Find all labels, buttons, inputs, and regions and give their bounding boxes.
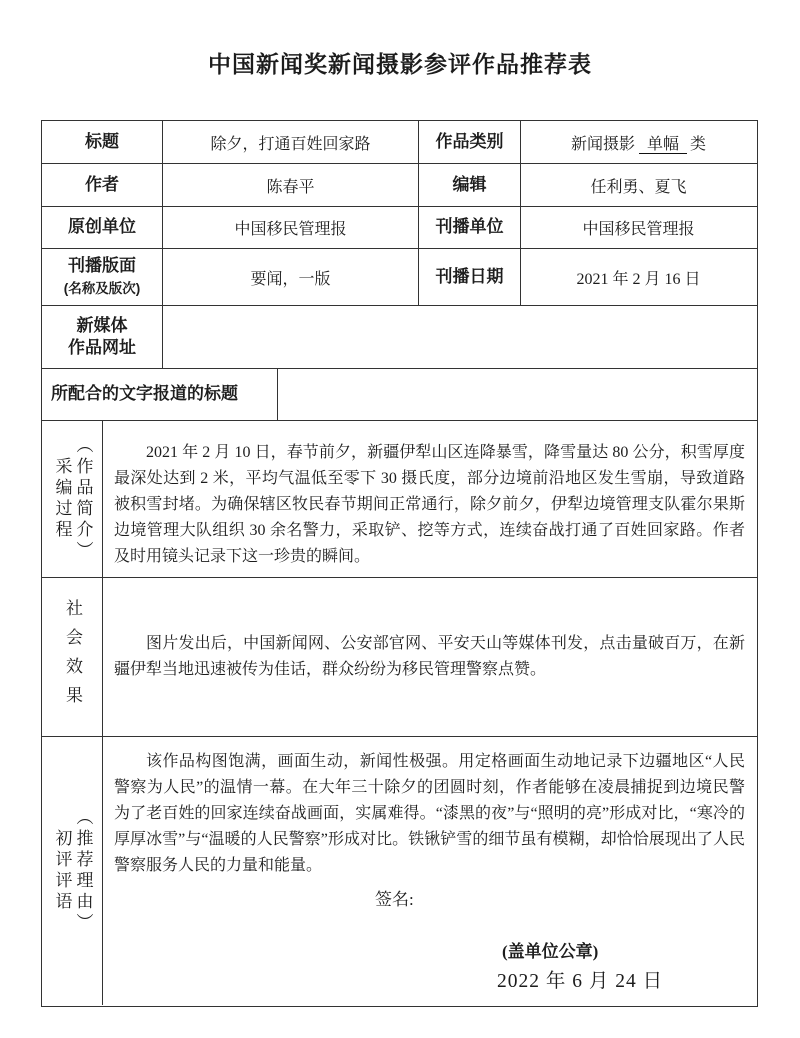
editor-label: 编辑	[453, 174, 487, 196]
publish-page-value: 要闻，一版	[250, 266, 330, 289]
recommendation-form-table: 标题 除夕，打通百姓回家路 作品类别 新闻摄影单幅类 作者 陈春平 编辑 任利勇…	[41, 120, 758, 1007]
original-unit-value: 中国移民管理报	[234, 216, 346, 239]
related-text-title-label: 所配合的文字报道的标题	[51, 383, 238, 405]
row-original-publish-unit: 原创单位 中国移民管理报 刊播单位 中国移民管理报	[42, 207, 757, 249]
new-media-url-label: 新媒体作品网址	[68, 315, 136, 359]
row-page-date: 刊播版面(名称及版次) 要闻，一版 刊播日期 2021 年 2 月 16 日	[42, 249, 757, 306]
category-value: 新闻摄影单幅类	[571, 131, 706, 154]
row-social-effect: 社会效果 图片发出后，中国新闻网、公安部官网、平安天山等媒体刊发，点击量破百万，…	[42, 578, 757, 737]
publish-page-label: 刊播版面(名称及版次)	[64, 255, 141, 299]
page-title: 中国新闻奖新闻摄影参评作品推荐表	[0, 46, 800, 79]
author-value: 陈春平	[266, 174, 314, 197]
category-label: 作品类别	[436, 131, 504, 153]
row-title-category: 标题 除夕，打通百姓回家路 作品类别 新闻摄影单幅类	[42, 121, 757, 164]
production-process-text: 2021 年 2 月 10 日，春节前夕，新疆伊犁山区连降暴雪，降雪量达 80 …	[103, 428, 756, 570]
publish-date-value: 2021 年 2 月 16 日	[576, 266, 700, 289]
editor-value: 任利勇、夏飞	[590, 174, 686, 197]
original-unit-label: 原创单位	[68, 216, 136, 238]
initial-review-label: 初评评语 （推荐理由）	[52, 808, 93, 934]
work-title-label: 标题	[85, 131, 119, 153]
row-author-editor: 作者 陈春平 编辑 任利勇、夏飞	[42, 164, 757, 207]
row-initial-review: 初评评语 （推荐理由） 该作品构图饱满，画面生动，新闻性极强。用定格画面生动地记…	[42, 737, 757, 1005]
social-effect-label: 社会效果	[62, 599, 82, 715]
row-production-process: 采编过程 （作品简介） 2021 年 2 月 10 日，春节前夕，新疆伊犁山区连…	[42, 421, 757, 578]
official-seal-note: (盖单位公章)	[502, 937, 598, 962]
row-new-media-url: 新媒体作品网址	[42, 306, 757, 369]
work-title-value: 除夕，打通百姓回家路	[210, 131, 370, 154]
publish-date-label: 刊播日期	[436, 266, 504, 288]
signature-date: 2022 年 6 月 24 日	[497, 965, 663, 993]
category-underlined-value: 单幅	[639, 136, 687, 154]
signature-label: 签名:	[375, 885, 414, 910]
initial-review-text: 该作品构图饱满，画面生动，新闻性极强。用定格画面生动地记录下边疆地区“人民警察为…	[103, 737, 756, 879]
row-related-text-title: 所配合的文字报道的标题	[42, 369, 757, 421]
publish-unit-value: 中国移民管理报	[582, 216, 694, 239]
social-effect-text: 图片发出后，中国新闻网、公安部官网、平安天山等媒体刊发，点击量破百万，在新疆伊犁…	[103, 631, 756, 683]
publish-unit-label: 刊播单位	[436, 216, 504, 238]
author-label: 作者	[85, 174, 119, 196]
production-process-label: 采编过程 （作品简介）	[52, 436, 93, 562]
